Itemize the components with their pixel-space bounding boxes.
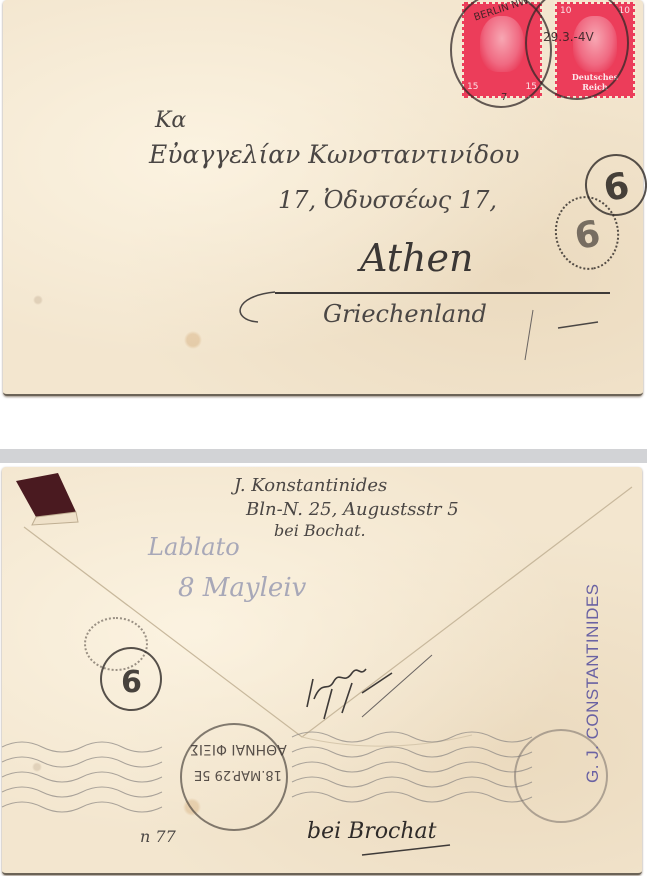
- corner-note: n 77: [140, 827, 176, 846]
- sender-rubber-stamp: G. J. CONSTANTINIDES: [583, 583, 603, 783]
- arrival-postmark-date: 18.MAP.29 5E: [194, 767, 282, 782]
- sender-address: Bln-N. 25, Augustsstr 5: [246, 499, 459, 520]
- numeral-stamp: 9: [100, 647, 162, 711]
- envelope-front: 15 15 10 10 Deutsches Reich BERLIN NW 29…: [3, 0, 643, 396]
- arrival-postmark-text: ΑΘΗΝΑΙ ΦΙΞΙΣ: [190, 741, 287, 757]
- sender-care-of: bei Bochat.: [274, 521, 366, 540]
- separator-band: [0, 449, 647, 463]
- flourish-strokes: [3, 0, 643, 394]
- bottom-note: bei Brochat: [307, 819, 437, 844]
- sender-name: J. Konstantinides: [234, 475, 387, 496]
- pencil-note-line: Lablato: [148, 533, 240, 561]
- pencil-note-line: 8 Mayleiv: [178, 573, 306, 603]
- envelope-back: J. Konstantinides Bln-N. 25, Augustsstr …: [2, 467, 642, 875]
